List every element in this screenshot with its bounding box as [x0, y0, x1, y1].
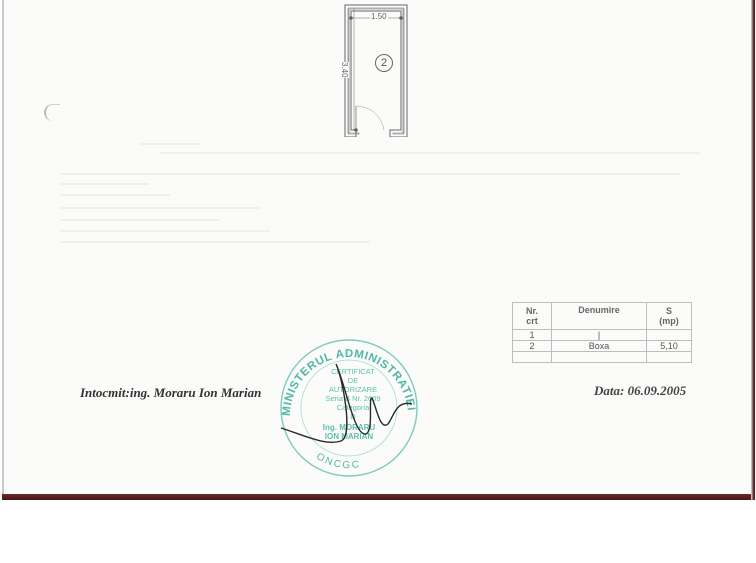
date-label: Data: 06.09.2005	[594, 383, 686, 399]
faint-text-line	[140, 143, 200, 145]
cell-name: Boxa	[552, 341, 647, 352]
faint-text-line	[160, 152, 700, 154]
table-row: 2 Boxa 5,10	[513, 341, 692, 352]
faint-text-line	[60, 173, 680, 175]
cell-nr: 1	[513, 330, 552, 341]
header-area: S (mp)	[647, 303, 692, 330]
faint-text-line	[60, 219, 220, 221]
punch-hole-mark	[44, 104, 60, 121]
stamp-line: Ing. MORARU	[323, 423, 376, 432]
table-row: 1 |	[513, 330, 692, 341]
stamp-line: Categoria	[337, 403, 370, 412]
page-bottom-edge	[2, 494, 754, 500]
cell-nr	[513, 352, 552, 363]
stamp-line: DE	[348, 376, 358, 385]
faint-text-line	[60, 194, 170, 196]
floor-plan-drawing	[344, 4, 408, 137]
page-right-edge	[751, 0, 755, 500]
official-stamp: MINISTERUL ADMINISTRATIEI PUBLICE ONCGC …	[276, 336, 422, 478]
table-row	[513, 352, 692, 363]
cell-area	[647, 352, 692, 363]
faint-text-line	[60, 241, 370, 243]
svg-text:ONCGC: ONCGC	[314, 451, 361, 471]
stamp-line: AUTORIZARE	[329, 385, 377, 394]
cell-name: |	[552, 330, 647, 341]
width-dimension: 1.50	[370, 12, 388, 21]
header-name: Denumire	[552, 303, 647, 330]
cell-area: 5,10	[647, 341, 692, 352]
stamp-ring-bottom: ONCGC	[314, 451, 361, 471]
faint-text-line	[60, 183, 150, 185]
room-area-table: Nr. crt Denumire S (mp) 1 | 2 Boxa 5,10	[512, 302, 692, 363]
faint-text-line	[60, 207, 260, 209]
room-number-marker: 2	[375, 54, 393, 72]
cell-name	[552, 352, 647, 363]
cell-nr: 2	[513, 341, 552, 352]
faint-text-line	[60, 230, 270, 232]
header-nr: Nr. crt	[513, 303, 552, 330]
prepared-by-label: Intocmit:ing. Moraru Ion Marian	[80, 385, 261, 401]
length-dimension: 3.40	[340, 62, 349, 78]
cell-area	[647, 330, 692, 341]
